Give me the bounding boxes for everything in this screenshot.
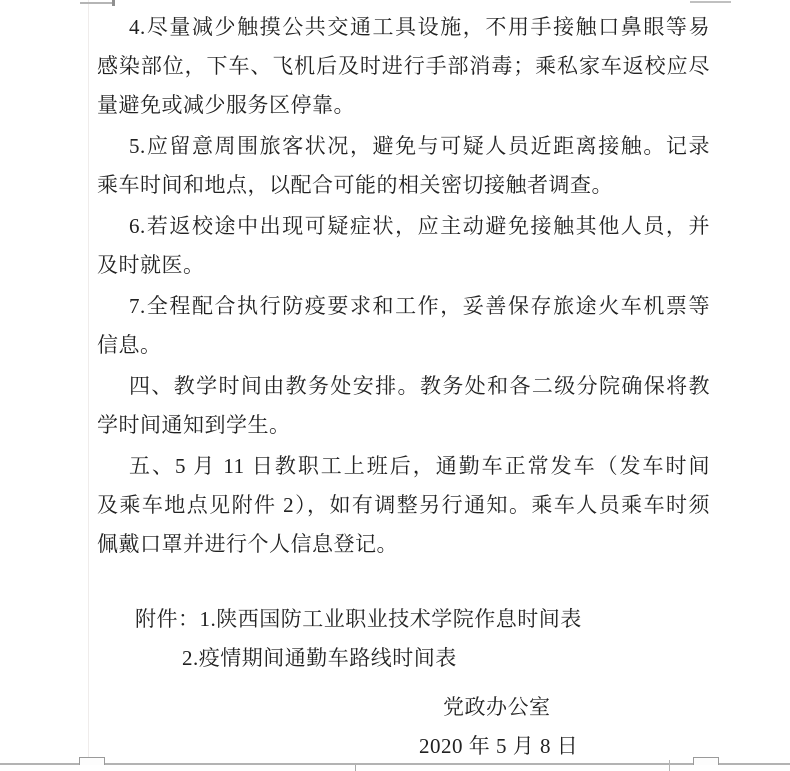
body-line: 五、5 月 11 日教职工上班后，通勤车正常发车（发车时间 [97, 447, 710, 486]
body-paragraph: 四、教学时间由教务处安排。教务处和各二级分院确保将教 学时间通知到学生。 [97, 367, 710, 445]
page-bottom-boundary-line [0, 763, 790, 765]
body-line: 佩戴口罩并进行个人信息登记。 [97, 525, 710, 564]
body-line: 乘车时间和地点，以配合可能的相关密切接触者调查。 [97, 166, 710, 205]
body-line: 4.尽量减少触摸公共交通工具设施，不用手接触口鼻眼等易 [97, 8, 710, 47]
signature-date: 2020 年 5 月 8 日 [97, 727, 710, 766]
attachment-line-1: 附件：1.陕西国防工业职业技术学院作息时间表 [97, 600, 710, 639]
body-line: 四、教学时间由教务处安排。教务处和各二级分院确保将教 [97, 367, 710, 406]
signature-office: 党政办公室 [97, 688, 710, 727]
body-line: 6.若返校途中出现可疑症状，应主动避免接触其他人员，并 [97, 207, 710, 246]
bottom-tick-mark [669, 760, 670, 771]
attachment-line-2: 2.疫情期间通勤车路线时间表 [97, 639, 710, 678]
document-body: 4.尽量减少触摸公共交通工具设施，不用手接触口鼻眼等易 感染部位，下车、飞机后及… [97, 8, 710, 766]
crop-mark-bottom-right [693, 757, 719, 765]
body-line: 感染部位，下车、飞机后及时进行手部消毒；乘私家车返校应尽 [97, 47, 710, 86]
body-line: 5.应留意周围旅客状况，避免与可疑人员近距离接触。记录 [97, 127, 710, 166]
crop-mark-top-left [80, 2, 115, 4]
body-line: 学时间通知到学生。 [97, 406, 710, 445]
crop-mark-top-right [690, 1, 731, 3]
body-paragraph: 7.全程配合执行防疫要求和工作，妥善保存旅途火车机票等 信息。 [97, 287, 710, 365]
body-line: 信息。 [97, 326, 710, 365]
body-line: 7.全程配合执行防疫要求和工作，妥善保存旅途火车机票等 [97, 287, 710, 326]
document-page: 4.尽量减少触摸公共交通工具设施，不用手接触口鼻眼等易 感染部位，下车、飞机后及… [0, 0, 790, 771]
body-paragraph: 6.若返校途中出现可疑症状，应主动避免接触其他人员，并 及时就医。 [97, 207, 710, 285]
body-line: 量避免或减少服务区停靠。 [97, 86, 710, 125]
body-paragraph: 4.尽量减少触摸公共交通工具设施，不用手接触口鼻眼等易 感染部位，下车、飞机后及… [97, 8, 710, 125]
left-text-boundary-line [88, 0, 89, 758]
body-line: 及时就医。 [97, 246, 710, 285]
body-paragraph: 五、5 月 11 日教职工上班后，通勤车正常发车（发车时间 及乘车地点见附件 2… [97, 447, 710, 564]
crop-mark-bottom-left [79, 757, 105, 765]
attachments-block: 附件：1.陕西国防工业职业技术学院作息时间表 2.疫情期间通勤车路线时间表 [97, 600, 710, 678]
crop-mark-top-left-tick [112, 0, 115, 6]
bottom-tick-mark [355, 765, 356, 771]
body-line: 及乘车地点见附件 2），如有调整另行通知。乘车人员乘车时须 [97, 486, 710, 525]
body-paragraph: 5.应留意周围旅客状况，避免与可疑人员近距离接触。记录 乘车时间和地点，以配合可… [97, 127, 710, 205]
signature-block: 党政办公室 2020 年 5 月 8 日 [97, 688, 710, 766]
